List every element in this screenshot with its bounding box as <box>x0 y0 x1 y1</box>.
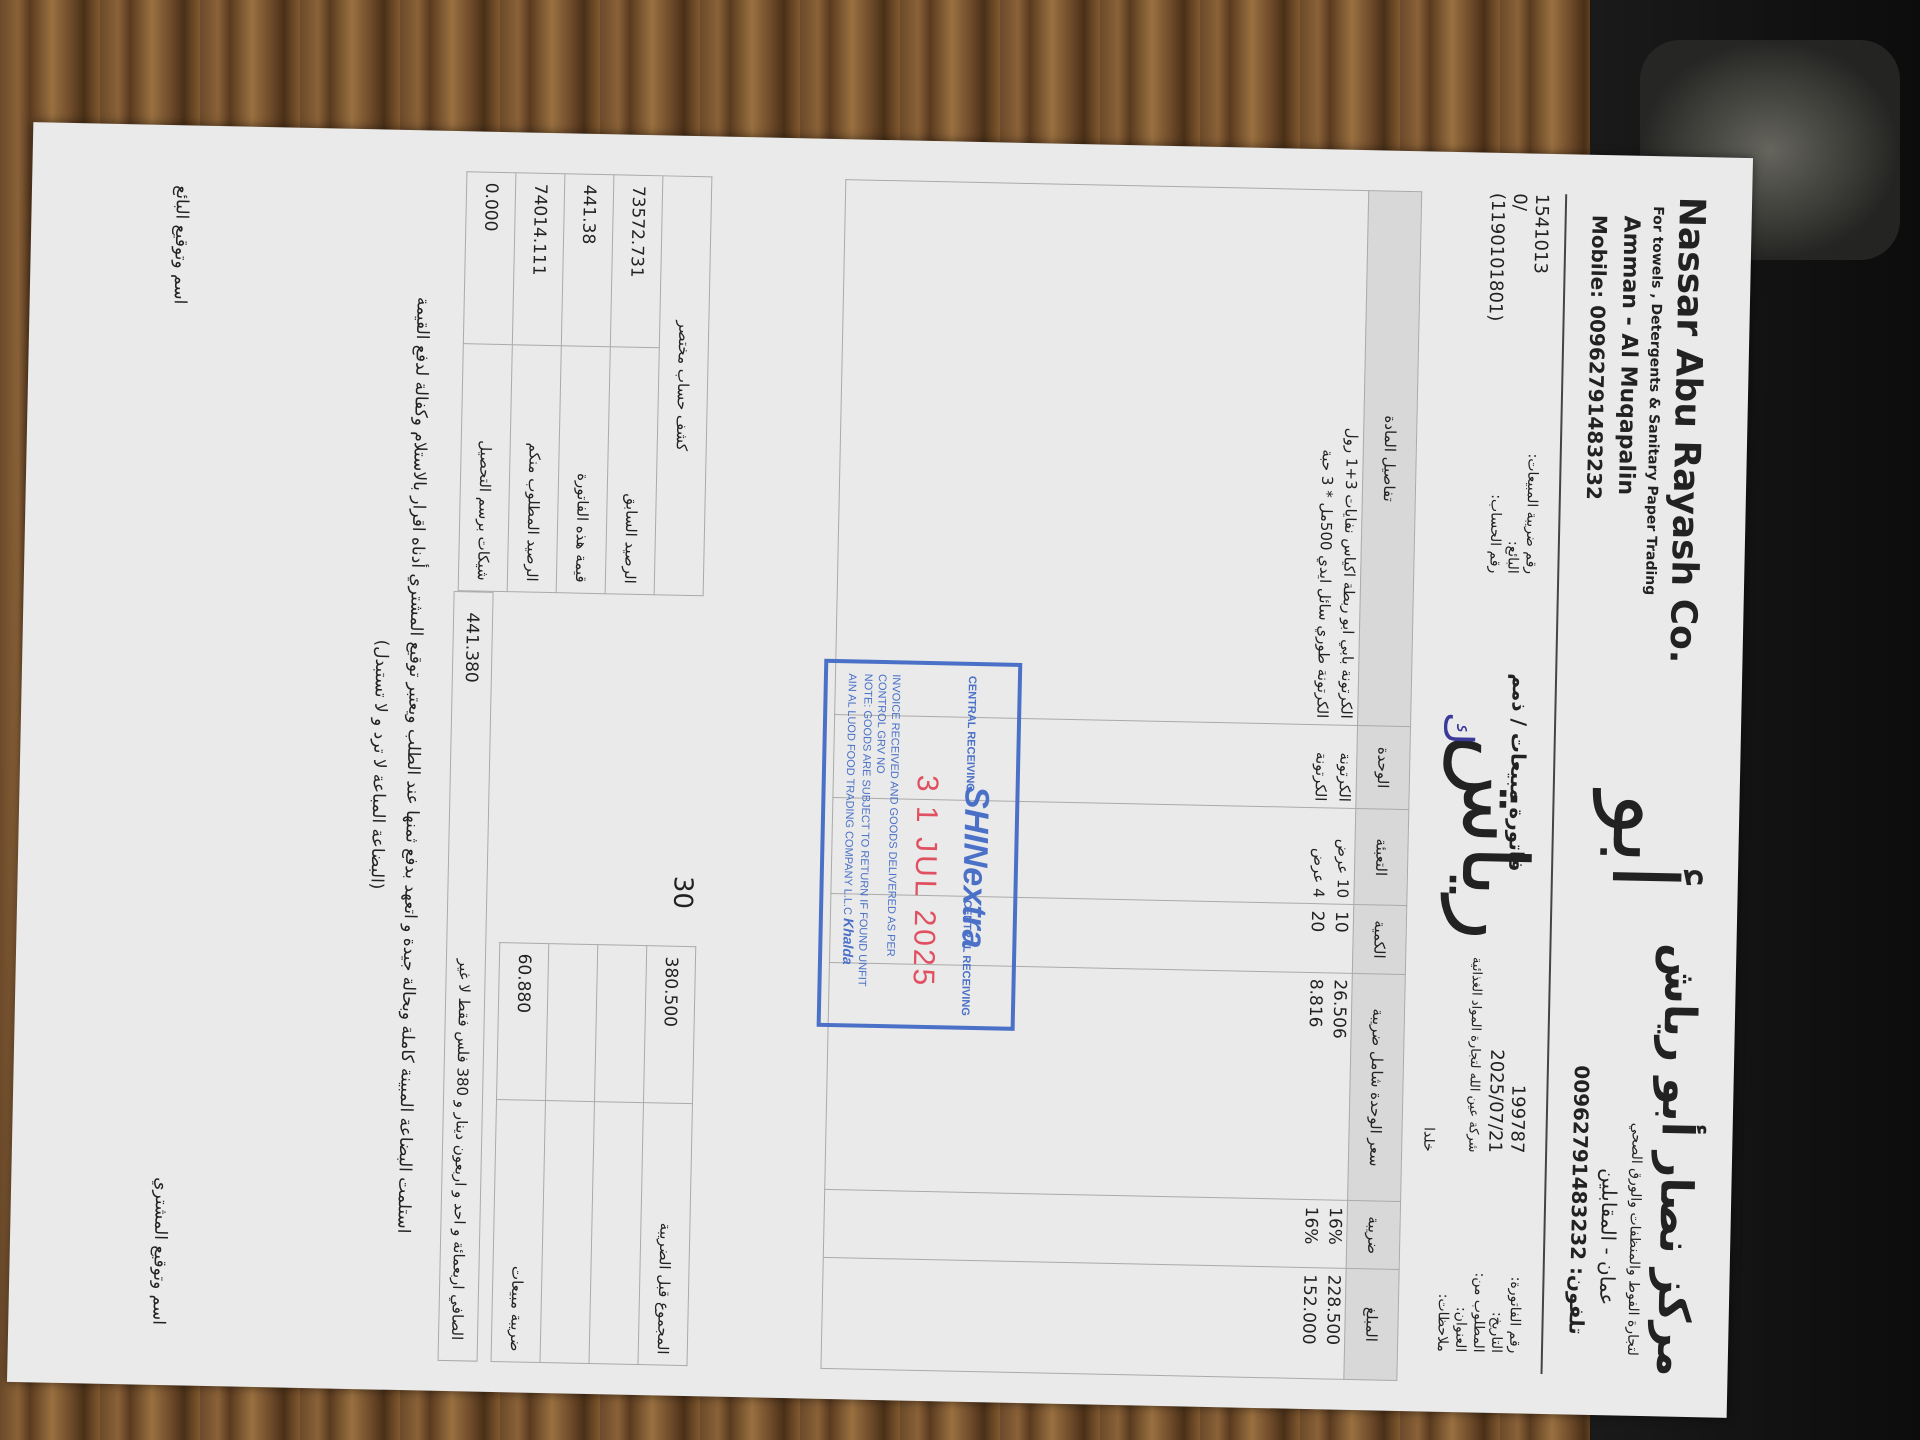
invoice-number: 199787 <box>1505 958 1531 1154</box>
seller-signature-label: اسم وتوقيع البائع <box>170 185 192 305</box>
totals-row: ضريبة مبيعات 60.880 <box>491 943 549 1363</box>
totals-table: المجموع قبل الضريبة 380.500 ضريبة مبيعات… <box>491 942 697 1366</box>
invoice-title: فاتورة مبيعات / ذمم <box>1504 673 1532 872</box>
col-unit-price: سعر الوحدة شامل ضريبة <box>1348 973 1406 1202</box>
cheques-label: شيكات برسم التحصيل <box>458 344 512 592</box>
stamp-central-left: CENTRAL RECEIVING <box>964 676 978 792</box>
sales-tax-value: 60.880 <box>497 943 549 1101</box>
total-quantity: 30 <box>667 876 698 910</box>
company-name-ar: مركز نصار أبو رياش <box>1646 943 1706 1378</box>
label-date: التاريخ: <box>1487 1273 1507 1353</box>
tax-info-labels: رقم ضريبة المبيعات: البائع: رقم الحساب: <box>1485 453 1542 575</box>
company-city-ar: عمان - المقابلين <box>1595 1168 1622 1306</box>
handwritten-mark: ك <box>1435 712 1482 746</box>
stamp-brand: SHINextra <box>953 786 995 949</box>
sales-tax-number: 1541013 <box>1528 193 1553 322</box>
account-row: الرصيد السابق 73572.731 <box>605 175 663 595</box>
row-tax: 16% <box>1298 1200 1323 1268</box>
label-address: العنوان: <box>1451 1272 1471 1352</box>
invoice-value-value: 441.38 <box>561 174 614 347</box>
account-row: الرصيد المطلوب منكم 74014.111 <box>507 173 565 593</box>
label-required-from: المطلوب من: <box>1469 1272 1489 1352</box>
col-unit: الوحدة <box>1356 726 1411 810</box>
company-subtitle-en: For towels , Detergents & Sanitary Paper… <box>1642 206 1666 595</box>
row-qty: 20 <box>1304 904 1329 973</box>
account-number: (1190101801) <box>1484 193 1509 322</box>
sales-tax-label: ضريبة مبيعات <box>491 1099 545 1362</box>
row-packing: 10 عرض <box>1329 808 1356 905</box>
declaration: استلمت البضاعة المبينة كاملة وبحالة جيدة… <box>350 169 443 1360</box>
totals-row <box>540 944 598 1364</box>
row-unit-price: 26.506 <box>1323 973 1352 1201</box>
stamp-central-right: CENTRAL RECEIVING <box>959 900 973 1016</box>
row-qty: 10 <box>1328 904 1354 973</box>
invoice-page: Nassar Abu Rayash Co. For towels , Deter… <box>7 122 1753 1418</box>
col-packing: التعبئة <box>1354 809 1409 906</box>
invoice-info-values: 199787 2025/07/21 شركة عين الله لتجارة ا… <box>1417 956 1531 1154</box>
receiving-stamp: CENTRAL RECEIVING SHINextra CENTRAL RECE… <box>817 659 1023 1031</box>
stamp-company: AIN AL LUOD FOOD TRADING COMPANY L.L.C <box>841 673 858 915</box>
stamp-signature: Khalda <box>840 918 857 965</box>
account-statement-title: كشف حساب مختصر <box>654 176 712 596</box>
row-packing: 4 عرض <box>1305 808 1331 905</box>
label-account-number: رقم الحساب: <box>1485 453 1506 574</box>
row-unit: الكرتونة <box>1331 725 1357 809</box>
company-tel-ar: تلفون: 00962791483232 <box>1564 1065 1594 1335</box>
invoice-info-labels: رقم الفاتورة: التاريخ: المطلوب من: العنو… <box>1433 1272 1525 1354</box>
company-logo: أبو رياش <box>1566 714 1721 967</box>
col-tax: ضريبة <box>1346 1201 1400 1270</box>
row-amount: 152.000 <box>1295 1267 1321 1378</box>
previous-balance-value: 73572.731 <box>610 175 663 348</box>
company-subtitle-ar: لتجارة الفوط والمنظفات والورق الصحي <box>1624 1123 1645 1356</box>
row-tax: 16% <box>1322 1200 1348 1268</box>
previous-balance-label: الرصيد السابق <box>605 347 659 595</box>
invoice-notes: خلدا <box>1417 956 1443 1152</box>
net-total-value: 441.380 <box>451 612 492 683</box>
before-tax-value: 380.500 <box>643 946 695 1104</box>
before-tax-label: المجموع قبل الضريبة <box>638 1102 692 1365</box>
cheques-value: 0.000 <box>463 172 516 345</box>
label-sales-tax-number: رقم ضريبة المبيعات: <box>1521 453 1542 574</box>
account-row: قيمة هذه الفاتورة 441.38 <box>556 174 614 594</box>
buyer-signature-label: اسم وتوقيع المشتري <box>148 1177 171 1325</box>
stamp-notes: INVOICE RECEIVED AND GOODS DELIVERED AS … <box>838 673 903 987</box>
row-amount: 228.500 <box>1319 1268 1346 1379</box>
account-row: شيكات برسم التحصيل 0.000 <box>458 172 516 592</box>
customer-name: شركة عين الله لتجارة المواد الغذائية <box>1461 957 1487 1153</box>
company-mobile-en: Mobile: 00962791483232 <box>1582 215 1612 500</box>
account-statement-table: كشف حساب مختصر الرصيد السابق 73572.731 ق… <box>458 171 713 596</box>
invoice-value-label: قيمة هذه الفاتورة <box>556 346 610 594</box>
row-unit: الكرتونة <box>1307 725 1333 809</box>
stamp-date: 3 1 JUL 2025 <box>905 775 943 989</box>
invoice-date: 2025/07/21 <box>1483 957 1509 1153</box>
tax-info-values: 1541013 0/ (1190101801) <box>1484 193 1553 323</box>
row-unit-price: 8.816 <box>1299 972 1328 1200</box>
company-name-en: Nassar Abu Rayash Co. <box>1661 196 1712 663</box>
totals-row: المجموع قبل الضريبة 380.500 <box>638 946 696 1366</box>
col-qty: الكمية <box>1352 905 1406 974</box>
invoice-paper: Nassar Abu Rayash Co. For towels , Deter… <box>7 122 1753 1418</box>
col-amount: المبلغ <box>1344 1268 1399 1380</box>
required-balance-label: الرصيد المطلوب منكم <box>507 345 561 593</box>
label-invoice-number: رقم الفاتورة: <box>1505 1273 1525 1353</box>
required-balance-value: 74014.111 <box>512 173 565 346</box>
net-total-words: الصافي اربعمائة و احد و اربعون دينار و 3… <box>448 959 474 1341</box>
totals-row <box>589 945 647 1365</box>
net-total-row: الصافي اربعمائة و احد و اربعون دينار و 3… <box>438 591 494 1362</box>
company-city-en: Amman - Al Muqapalin <box>1613 215 1644 495</box>
label-seller: البائع: <box>1503 453 1524 574</box>
seller-code: 0/ <box>1506 193 1531 322</box>
summary-section: 30 المجموع قبل الضريبة 380.500 ضريبة مبي… <box>687 176 712 1366</box>
label-notes: ملاحظات: <box>1433 1272 1453 1352</box>
account-title-row: كشف حساب مختصر <box>654 176 712 596</box>
col-details: تفاصيل المادة <box>1358 191 1422 727</box>
